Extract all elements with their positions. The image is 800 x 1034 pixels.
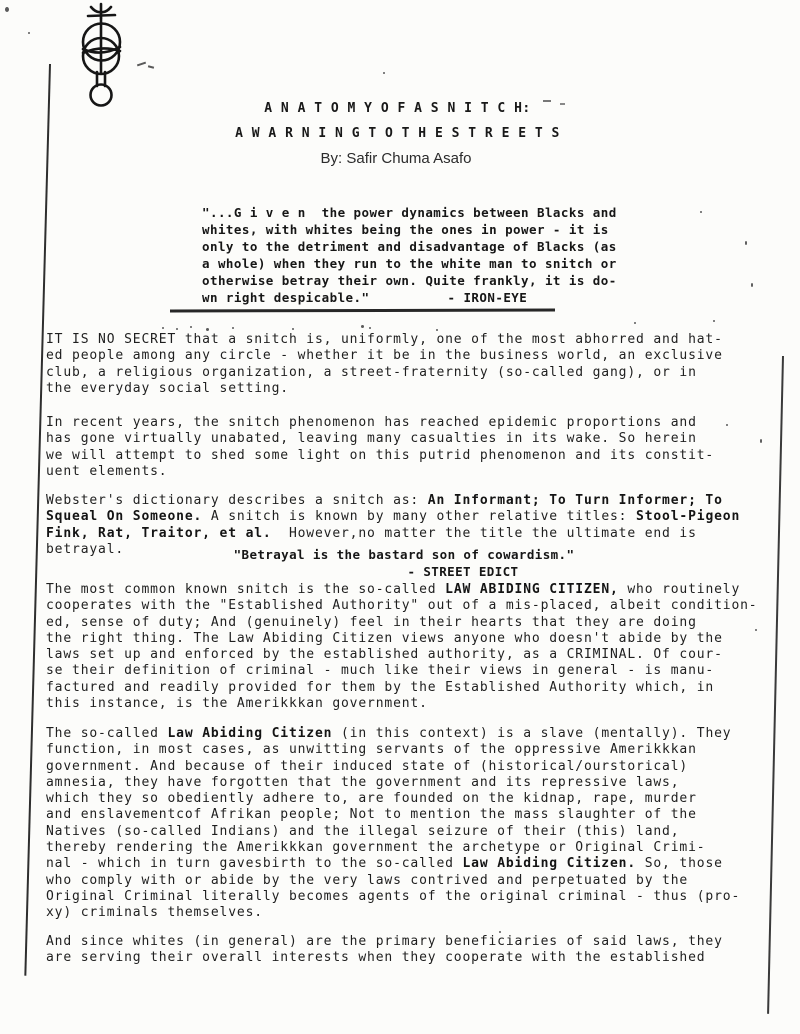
street-edict-quote: "Betrayal is the bastard son of cowardis… <box>46 547 762 580</box>
ankh-cross-emblem-icon <box>70 2 136 108</box>
title-line-2: A W A R N I N G T O T H E S T R E E T S <box>0 122 795 147</box>
epigraph-attribution: - IRON-EYE <box>448 290 528 305</box>
paragraph-intro: IT IS NO SECRET that a snitch is, unifor… <box>46 332 762 397</box>
scan-border-line-right <box>767 356 784 1014</box>
byline: By: Safir Chuma Asafo <box>0 150 792 167</box>
paragraph-law-abiding-citizen: The most common known snitch is the so-c… <box>46 582 762 712</box>
paragraph-whites-beneficiaries: And since whites (in general) are the pr… <box>46 934 762 967</box>
document-title: A N A T O M Y O F A S N I T C H: A W A R… <box>0 97 795 146</box>
paragraph-mental-slave: The so-called Law Abiding Citizen (in th… <box>46 726 762 922</box>
title-line-1: A N A T O M Y O F A S N I T C H: <box>0 97 795 122</box>
street-edict-attribution: - STREET EDICT <box>46 564 762 581</box>
epigraph-quote: "...G i v e n the power dynamics between… <box>202 204 632 306</box>
street-edict-text: "Betrayal is the bastard son of cowardis… <box>46 547 762 564</box>
scanned-document-page: A N A T O M Y O F A S N I T C H: A W A R… <box>0 0 800 1034</box>
paragraph-recent-years: In recent years, the snitch phenomenon h… <box>46 415 762 480</box>
epigraph-text: "...G i v e n the power dynamics between… <box>202 205 617 305</box>
divider-rule <box>170 308 555 312</box>
